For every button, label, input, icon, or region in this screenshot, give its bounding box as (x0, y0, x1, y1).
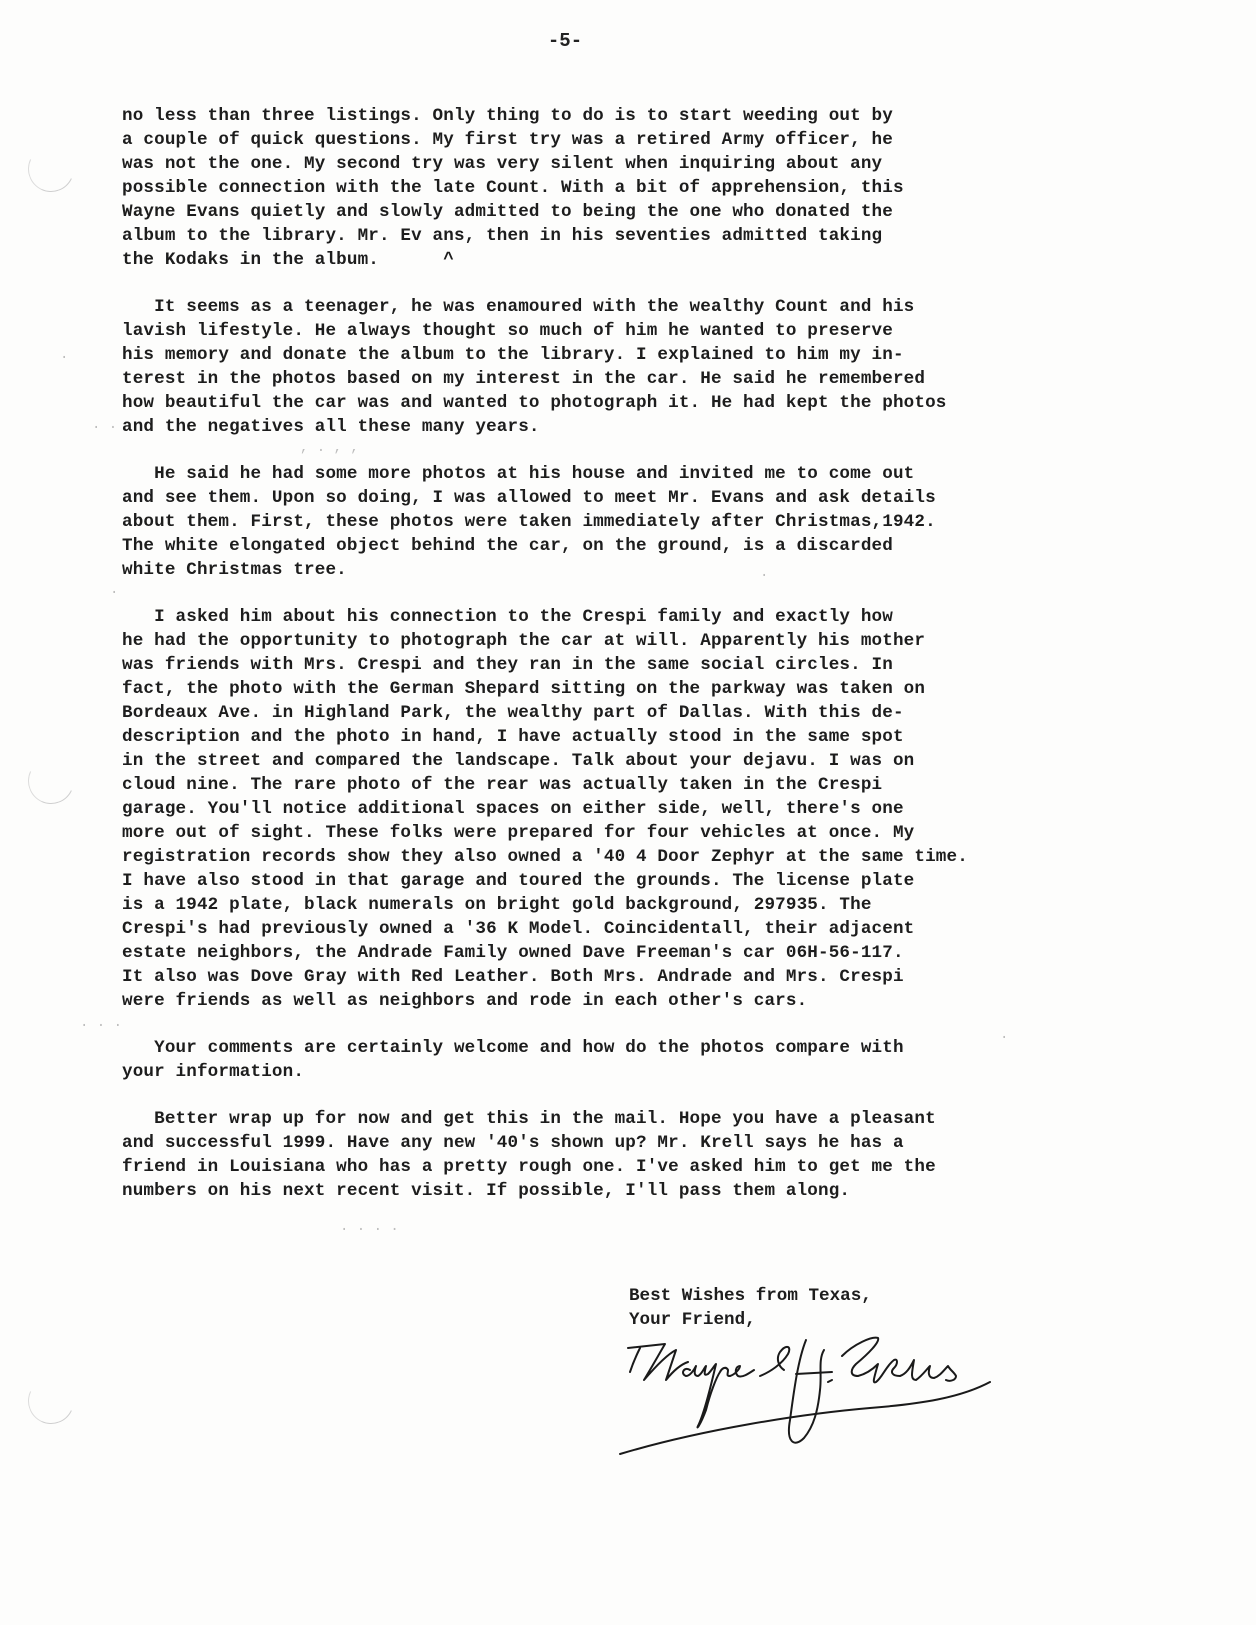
hole-punch-mark (22, 752, 81, 811)
text-line: The white elongated object behind the ca… (122, 534, 1082, 558)
text-line: his memory and donate the album to the l… (122, 343, 1082, 367)
text-line: more out of sight. These folks were prep… (122, 821, 1082, 845)
bleed-through-mark: · (60, 350, 68, 366)
letter-page: -5- no less than three listings. Only th… (0, 0, 1256, 1625)
text-line: a couple of quick questions. My first tr… (122, 128, 1082, 152)
text-line: about them. First, these photos were tak… (122, 510, 1082, 534)
text-line: estate neighbors, the Andrade Family own… (122, 941, 1082, 965)
text-line: white Christmas tree. (122, 558, 1082, 582)
hole-punch-mark (22, 1372, 81, 1431)
text-line: It also was Dove Gray with Red Leather. … (122, 965, 1082, 989)
hole-punch-mark (22, 140, 81, 199)
paragraph-6: Better wrap up for now and get this in t… (122, 1107, 1082, 1203)
text-line: registration records show they also owne… (122, 845, 1082, 869)
bleed-through-mark: · (110, 585, 118, 601)
paragraph-4: I asked him about his connection to the … (122, 605, 1082, 1013)
text-line: he had the opportunity to photograph the… (122, 629, 1082, 653)
text-line: and see them. Upon so doing, I was allow… (122, 486, 1082, 510)
text-line: and successful 1999. Have any new '40's … (122, 1131, 1082, 1155)
text-line: Your comments are certainly welcome and … (122, 1036, 1082, 1060)
text-line: and the negatives all these many years. (122, 415, 1082, 439)
text-line: terest in the photos based on my interes… (122, 367, 1082, 391)
bleed-through-mark: , . , , (300, 440, 359, 456)
bleed-through-mark: · (760, 568, 768, 584)
text-line: how beautiful the car was and wanted to … (122, 391, 1082, 415)
text-line: He said he had some more photos at his h… (122, 462, 1082, 486)
text-line: It seems as a teenager, he was enamoured… (122, 295, 1082, 319)
text-line: Crespi's had previously owned a '36 K Mo… (122, 917, 1082, 941)
text-line: was friends with Mrs. Crespi and they ra… (122, 653, 1082, 677)
text-line: album to the library. Mr. Ev ans, then i… (122, 224, 1082, 248)
handwritten-signature (610, 1330, 1030, 1460)
text-line: numbers on his next recent visit. If pos… (122, 1179, 1082, 1203)
text-line: I have also stood in that garage and tou… (122, 869, 1082, 893)
text-line: cloud nine. The rare photo of the rear w… (122, 773, 1082, 797)
text-line: Wayne Evans quietly and slowly admitted … (122, 200, 1082, 224)
text-line: your information. (122, 1060, 1082, 1084)
letter-body: no less than three listings. Only thing … (122, 104, 1082, 1226)
text-line: is a 1942 plate, black numerals on brigh… (122, 893, 1082, 917)
closing-friend: Your Friend, (629, 1308, 872, 1332)
text-line: I asked him about his connection to the … (122, 605, 1082, 629)
text-line: no less than three listings. Only thing … (122, 104, 1082, 128)
text-line: friend in Louisiana who has a pretty rou… (122, 1155, 1082, 1179)
text-line: Better wrap up for now and get this in t… (122, 1107, 1082, 1131)
text-line: description and the photo in hand, I hav… (122, 725, 1082, 749)
bleed-through-mark: · (1000, 1030, 1008, 1046)
bleed-through-mark: · · · (80, 1018, 122, 1034)
text-line: in the street and compared the landscape… (122, 749, 1082, 773)
bleed-through-mark: · · · · (340, 1222, 399, 1238)
page-number: -5- (0, 30, 1130, 52)
paragraph-2: It seems as a teenager, he was enamoured… (122, 295, 1082, 439)
text-line: were friends as well as neighbors and ro… (122, 989, 1082, 1013)
paragraph-3: He said he had some more photos at his h… (122, 462, 1082, 582)
text-line: Bordeaux Ave. in Highland Park, the weal… (122, 701, 1082, 725)
text-line: fact, the photo with the German Shepard … (122, 677, 1082, 701)
text-line: possible connection with the late Count.… (122, 176, 1082, 200)
closing-salutation: Best Wishes from Texas, (629, 1284, 872, 1308)
bleed-through-mark: · · (92, 420, 117, 436)
text-line: lavish lifestyle. He always thought so m… (122, 319, 1082, 343)
text-line: was not the one. My second try was very … (122, 152, 1082, 176)
paragraph-5: Your comments are certainly welcome and … (122, 1036, 1082, 1084)
letter-closing: Best Wishes from Texas, Your Friend, (629, 1284, 872, 1332)
paragraph-1: no less than three listings. Only thing … (122, 104, 1082, 272)
text-line: the Kodaks in the album. ^ (122, 248, 1082, 272)
text-line: garage. You'll notice additional spaces … (122, 797, 1082, 821)
